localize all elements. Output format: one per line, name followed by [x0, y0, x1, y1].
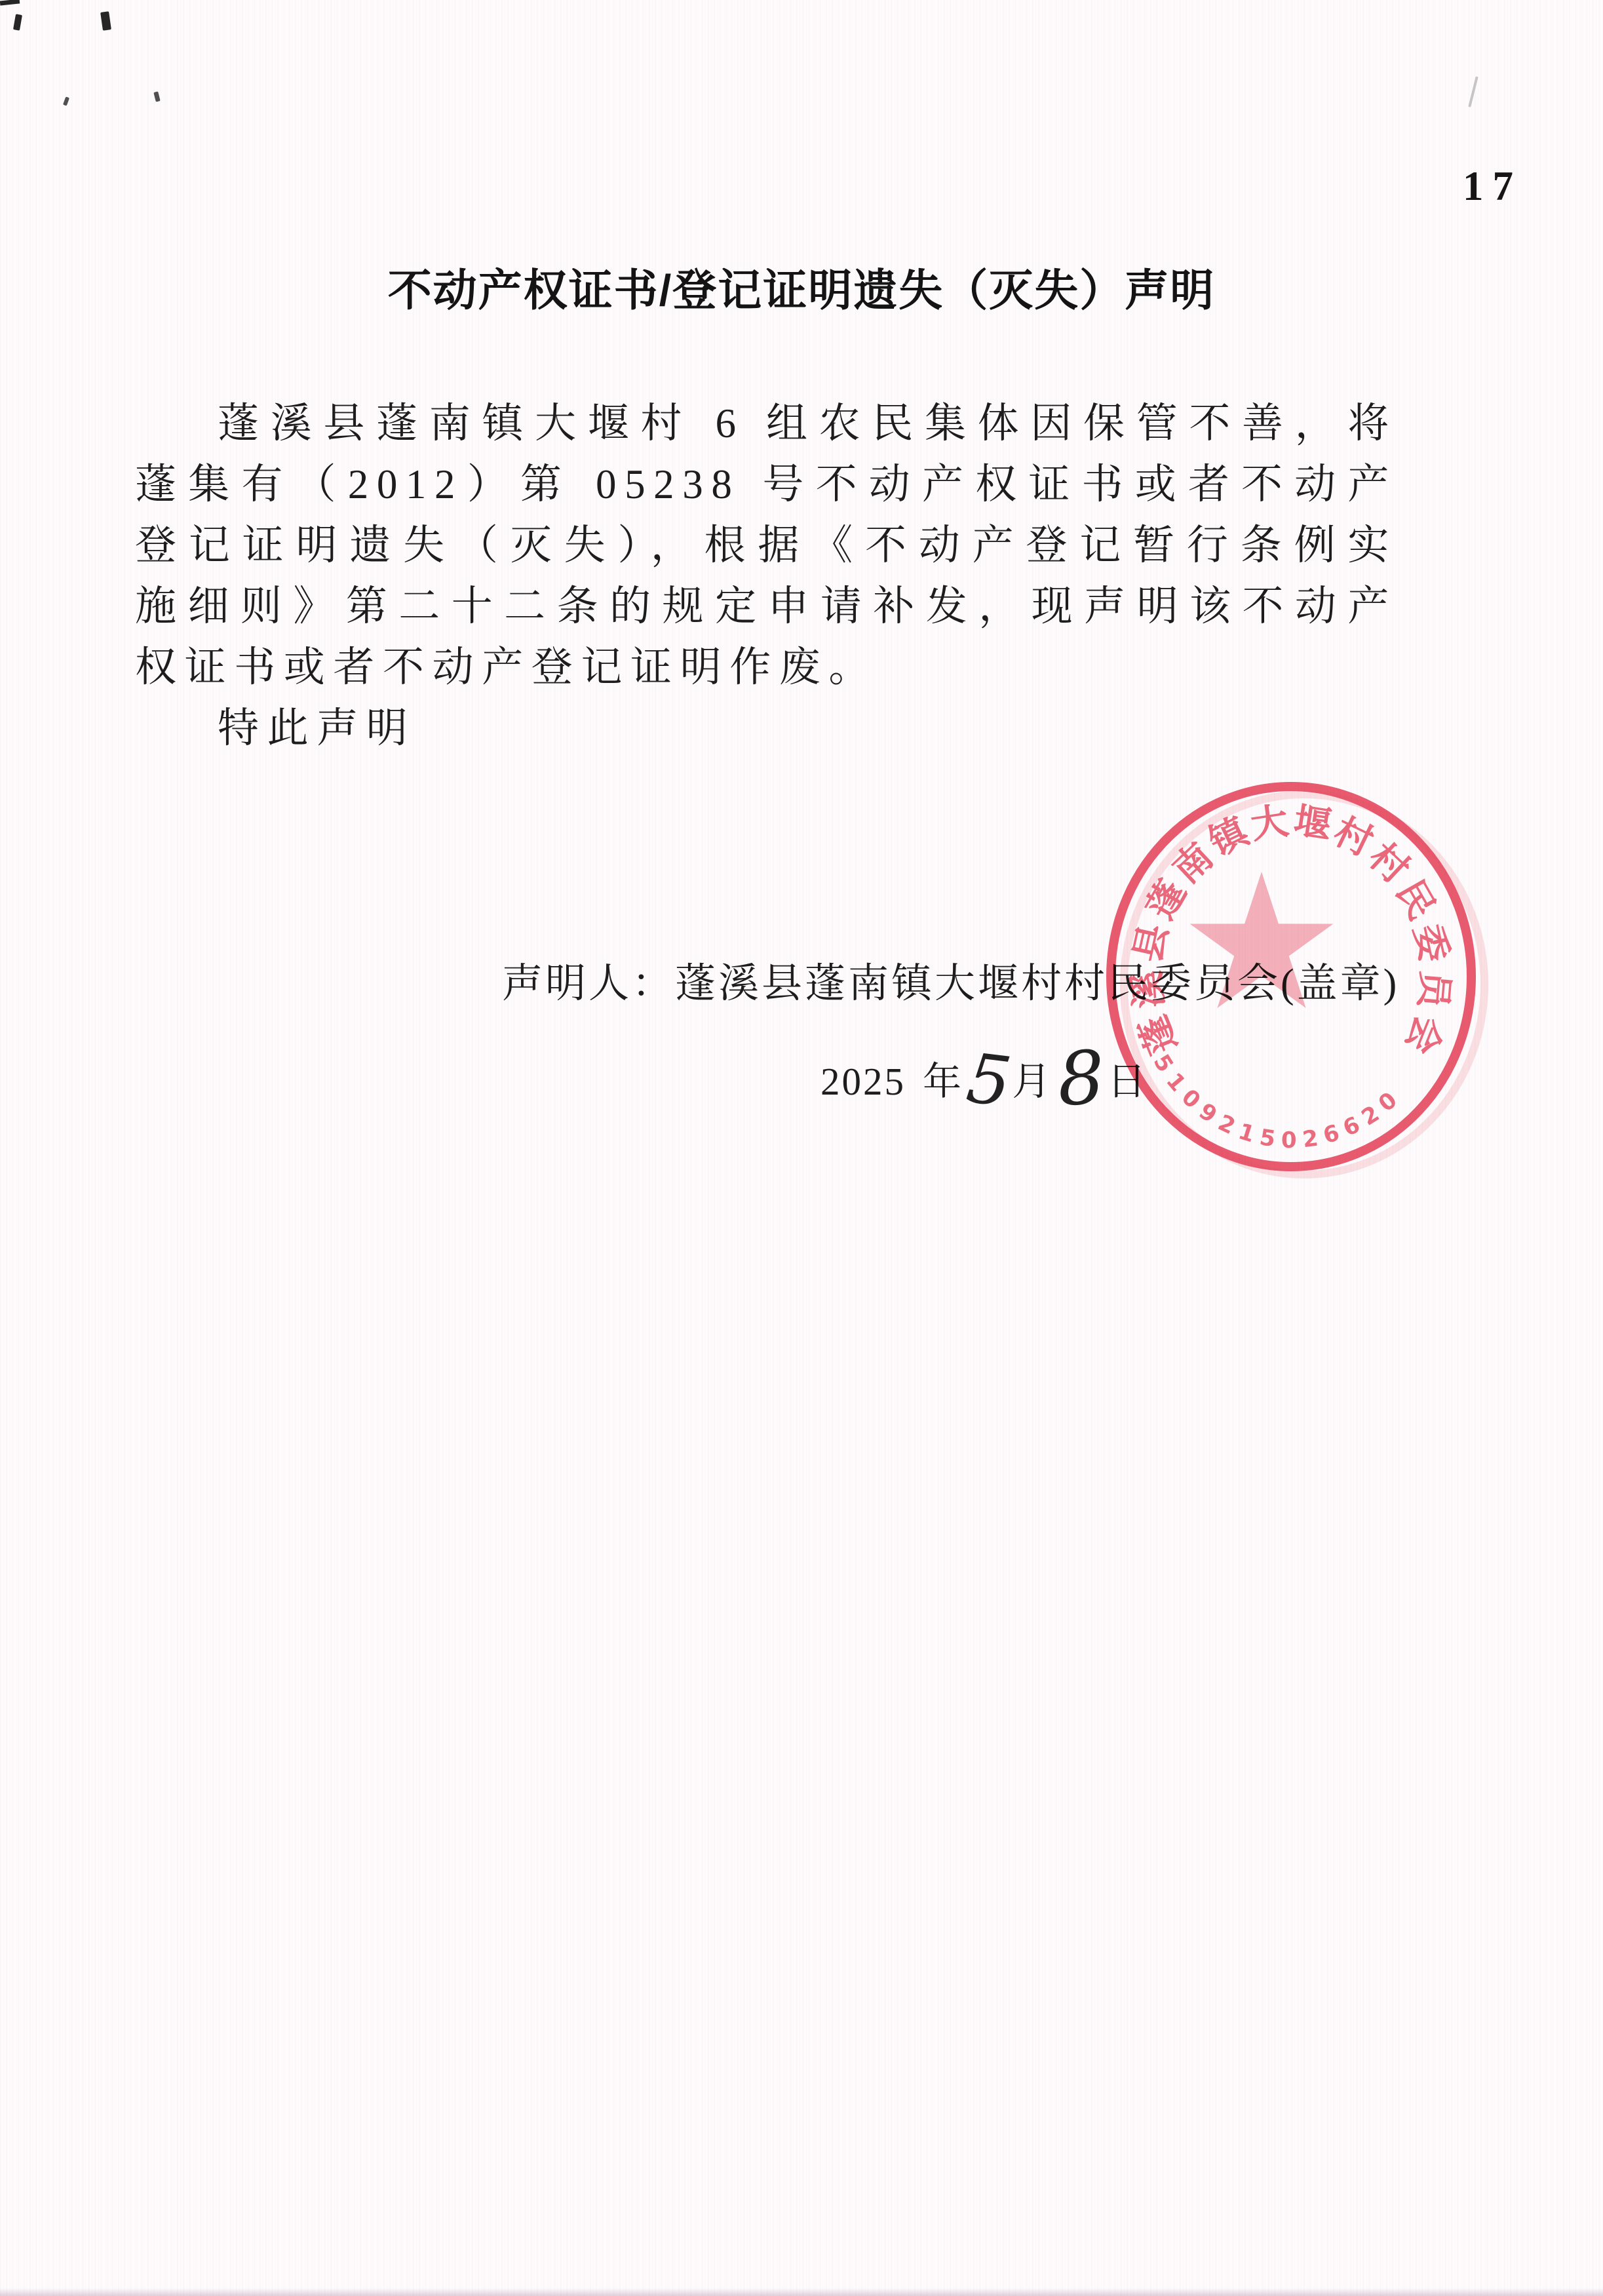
scan-slash-mark [1468, 76, 1478, 107]
body-line: 蓬溪县蓬南镇大堰村 6 组农民集体因保管不善，将 [135, 393, 1397, 454]
scan-speck [63, 96, 69, 106]
svg-text:0: 0 [1281, 1127, 1297, 1154]
svg-text:镇: 镇 [1203, 809, 1257, 864]
date-day-label: 日 [1107, 1060, 1148, 1103]
svg-text:大: 大 [1248, 800, 1291, 847]
scan-speck [100, 11, 111, 31]
svg-text:0: 0 [1176, 1084, 1205, 1114]
body-line: 施细则》第二十二条的规定申请补发，现声明该不动产 [135, 576, 1397, 637]
document-title: 不动产权证书/登记证明遗失（灭失）声明 [0, 256, 1603, 319]
date-day-handwritten: 8 [1058, 1078, 1104, 1080]
svg-text:2: 2 [1301, 1125, 1320, 1154]
body-paragraph: 蓬溪县蓬南镇大堰村 6 组农民集体因保管不善，将蓬集有（2012）第 05238… [135, 393, 1397, 759]
date-year-label: 年 [923, 1060, 963, 1103]
svg-text:6: 6 [1321, 1119, 1343, 1149]
svg-text:1: 1 [1235, 1118, 1258, 1148]
svg-text:5: 5 [1258, 1124, 1277, 1152]
body-line: 特此声明 [135, 698, 1397, 759]
svg-text:民: 民 [1388, 874, 1442, 927]
page-number: 17 [1463, 163, 1522, 210]
svg-text:1: 1 [1161, 1068, 1191, 1097]
svg-text:5: 5 [1148, 1050, 1178, 1077]
svg-text:委: 委 [1406, 920, 1455, 965]
svg-text:堰: 堰 [1291, 800, 1334, 847]
scan-speck [153, 91, 160, 102]
svg-text:会: 会 [1397, 1009, 1450, 1059]
body-line: 权证书或者不动产登记证明作废。 [135, 637, 1397, 698]
body-line: 登记证明遗失（灭失），根据《不动产登记暂行条例实 [135, 515, 1397, 576]
signature-line: 声明人：蓬溪县蓬南镇大堰村村民委员会(盖章) [502, 950, 1399, 1009]
svg-text:2: 2 [1214, 1110, 1239, 1140]
svg-text:村: 村 [1361, 836, 1417, 891]
svg-text:0: 0 [1374, 1087, 1402, 1118]
svg-text:蓬: 蓬 [1140, 874, 1194, 927]
svg-text:9: 9 [1194, 1098, 1222, 1128]
body-line: 蓬集有（2012）第 05238 号不动产权证书或者不动产 [135, 454, 1397, 515]
svg-text:6: 6 [1339, 1112, 1364, 1142]
date-month-handwritten: 5 [967, 1078, 1011, 1083]
svg-text:2: 2 [1357, 1100, 1384, 1131]
scan-speck [13, 14, 22, 30]
date-month-label: 月 [1012, 1060, 1053, 1103]
svg-text:员: 员 [1411, 969, 1456, 1013]
svg-text:村: 村 [1328, 811, 1380, 865]
date-year: 2025 [821, 1060, 906, 1103]
svg-text:南: 南 [1166, 836, 1222, 891]
scan-speck [0, 0, 20, 6]
document-page: 17 不动产权证书/登记证明遗失（灭失）声明 蓬溪县蓬南镇大堰村 6 组农民集体… [0, 0, 1603, 2296]
date-line: 2025年5月8日 [821, 1050, 1148, 1106]
